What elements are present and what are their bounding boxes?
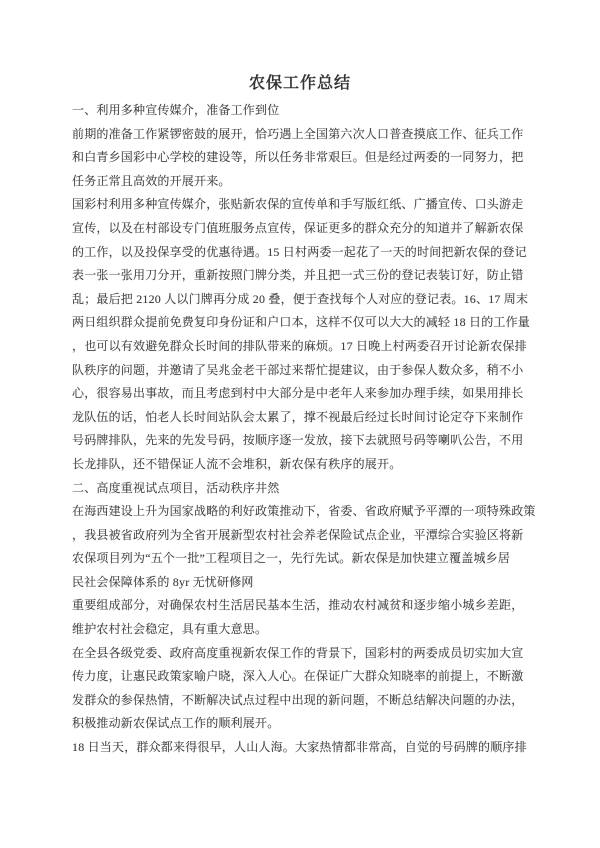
text-line: 农保项目列为“五个一批”工程项目之一，先行先试。新农保是加快建立覆盖城乡居 xyxy=(72,547,534,571)
text-line: 维护农村社会稳定，具有重大意思。 xyxy=(72,618,534,642)
text-line: 心，很容易出事故，而且考虑到村中大部分是中老年人来参加办理手续，如果用排长 xyxy=(72,382,534,406)
text-line: 任务正常且高效的开展开来。 xyxy=(72,170,534,194)
text-line: 前期的准备工作紧锣密鼓的展开，恰巧遇上全国第六次人口普查摸底工作、征兵工作 xyxy=(72,123,534,147)
text-line: 传力度，让惠民政策家喻户晓，深入人心。在保证广大群众知晓率的前提上，不断激 xyxy=(72,665,534,689)
text-line: 号码牌排队，先来的先发号码，按顺序逐一发放，接下去就照号码等喇叭公告，不用 xyxy=(72,429,534,453)
text-line: 18 日当天，群众都来得很早，人山人海。大家热情都非常高，自觉的号码牌的顺序排 xyxy=(72,736,534,760)
text-line: 表一张一张用刀分开，重新按照门牌分类，并且把一式三份的登记表装订好，防止错 xyxy=(72,264,534,288)
text-line: 两日组织群众提前免费复印身份证和户口本，这样不仅可以大大的减轻 18 日的工作量 xyxy=(72,311,534,335)
text-line: 在海西建设上升为国家战略的利好政策推动下，省委、省政府赋予平潭的一项特殊政策 xyxy=(72,500,534,524)
text-line: ，我县被省政府列为全省开展新型农村社会养老保险试点企业，平潭综合实验区将新 xyxy=(72,524,534,548)
text-line: 宣传，以及在村部设专门值班服务点宣传，保证更多的群众充分的知道并了解新农保 xyxy=(72,217,534,241)
text-line: 和白青乡国彩中心学校的建设等，所以任务非常艰巨。但是经过两委的一同努力，把 xyxy=(72,146,534,170)
text-line: 国彩村利用多种宣传媒介，张贴新农保的宣传单和手写版红纸、广播宣传、口头游走 xyxy=(72,193,534,217)
text-line: 积极推动新农保试点工作的顺利展开。 xyxy=(72,712,534,736)
text-line: 队秩序的问题，并邀请了吴兆金老干部过来帮忙提建议，由于参保人数众多，稍不小 xyxy=(72,359,534,383)
text-line: ，也可以有效避免群众长时间的排队带来的麻烦。17 日晚上村两委召开讨论新农保排 xyxy=(72,335,534,359)
document-body: 一、利用多种宣传媒介，准备工作到位前期的准备工作紧锣密鼓的展开，恰巧遇上全国第六… xyxy=(72,99,534,760)
text-line: 民社会保障体系的 8yr 无忧研修网 xyxy=(72,571,534,595)
section-heading: 一、利用多种宣传媒介，准备工作到位 xyxy=(72,99,534,123)
text-line: 在全县各级党委、政府高度重视新农保工作的背景下，国彩村的两委成员切实加大宣 xyxy=(72,642,534,666)
document-page: 农保工作总结 一、利用多种宣传媒介，准备工作到位前期的准备工作紧锣密鼓的展开，恰… xyxy=(0,0,600,848)
document-title: 农保工作总结 xyxy=(0,74,600,94)
text-line: 长龙排队，还不错保证人流不会堆积，新农保有秩序的展开。 xyxy=(72,453,534,477)
section-heading: 二、高度重视试点项目，活动秩序井然 xyxy=(72,477,534,501)
text-line: 重要组成部分，对确保农村生活居民基本生活，推动农村减贫和逐步缩小城乡差距， xyxy=(72,594,534,618)
text-line: 龙队伍的话，怕老人长时间站队会太累了，撑不视最后经过长时间讨论定夺下来制作 xyxy=(72,406,534,430)
text-line: 乱；最后把 2120 人以门牌再分成 20 叠，便于查找每个人对应的登记表。16… xyxy=(72,288,534,312)
text-line: 的工作，以及投保享受的优惠待遇。15 日村两委一起花了一天的时间把新农保的登记 xyxy=(72,241,534,265)
text-line: 发群众的参保热情，不断解决试点过程中出现的新问题，不断总结解决问题的办法， xyxy=(72,689,534,713)
